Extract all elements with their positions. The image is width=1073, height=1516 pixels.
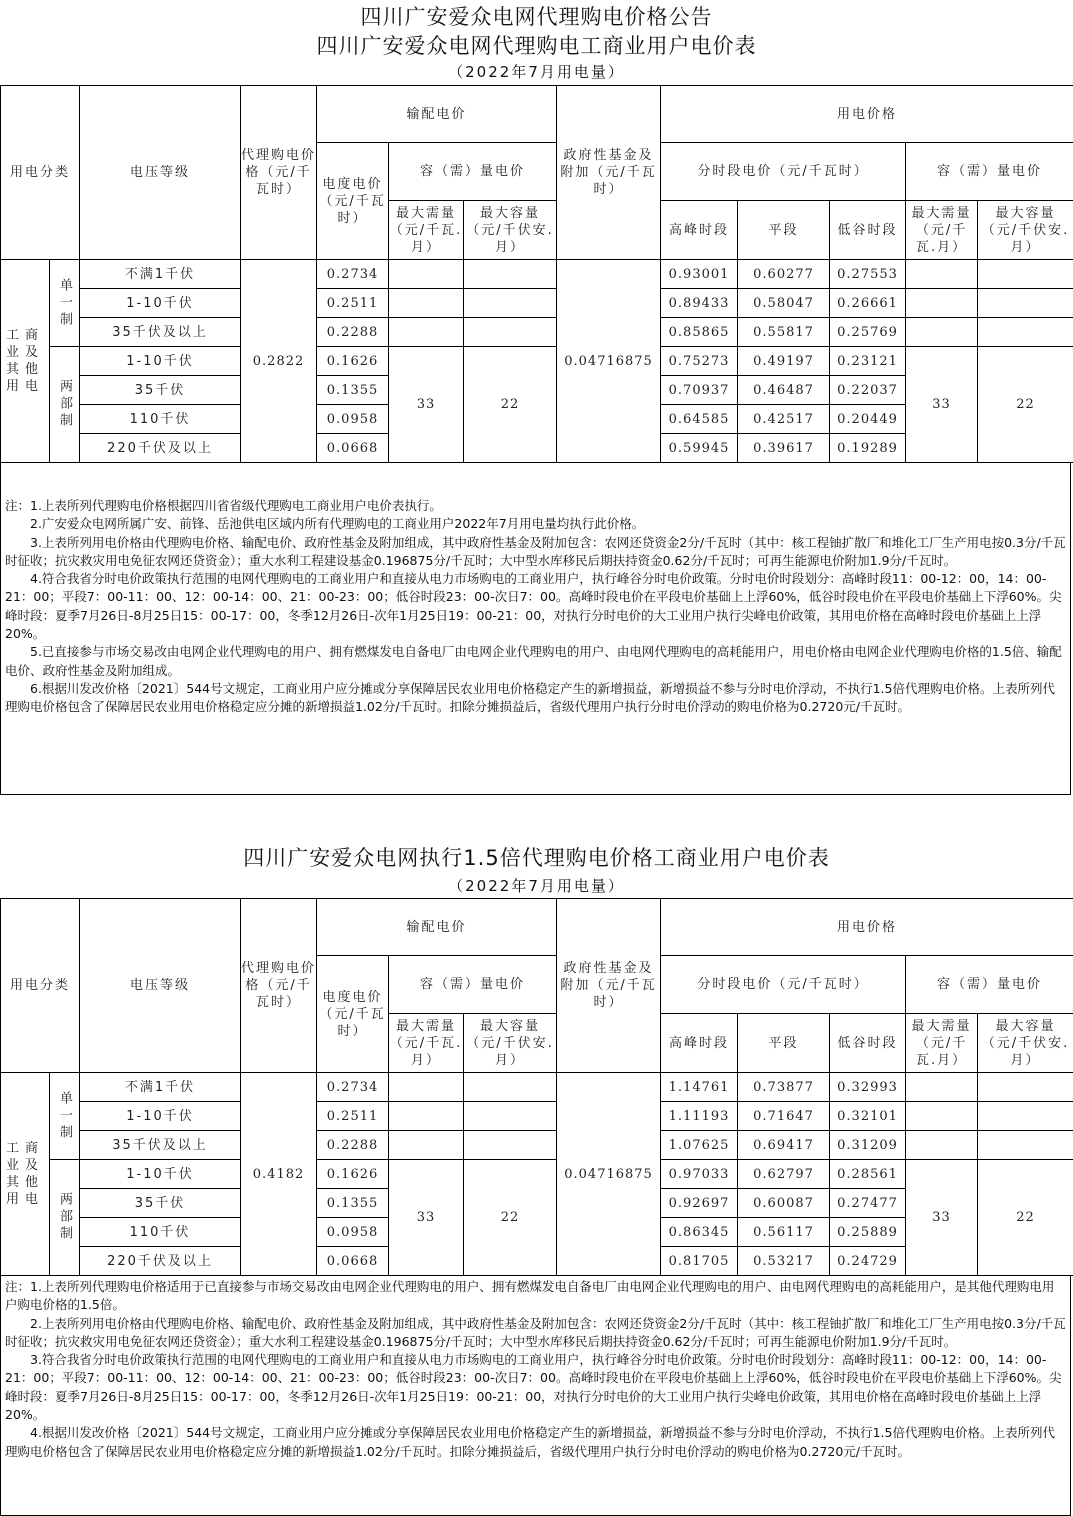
header-max-capacity-usage: 最大容量（元/千伏安.月） xyxy=(978,1014,1073,1073)
max-demand-cell xyxy=(389,318,464,347)
valley-cell: 0.25769 xyxy=(830,318,906,347)
flat-cell: 0.56117 xyxy=(738,1218,830,1247)
gov-fund-cell: 0.04716875 xyxy=(557,260,661,463)
valley-cell: 0.26661 xyxy=(830,289,906,318)
energy-cell: 0.2734 xyxy=(317,260,389,289)
voltage-cell: 35千伏 xyxy=(80,1189,241,1218)
header-max-demand: 最大需量（元/千瓦.月） xyxy=(389,1014,464,1073)
flat-cell: 0.46487 xyxy=(738,376,830,405)
table1-period: （2022年7月用电量） xyxy=(0,62,1073,82)
peak-cell: 0.89433 xyxy=(661,289,738,318)
usage-max-demand-cell xyxy=(906,1131,978,1160)
usage-max-capacity-cell: 22 xyxy=(978,347,1073,463)
voltage-cell: 1-10千伏 xyxy=(80,347,241,376)
usage-max-demand-cell xyxy=(906,260,978,289)
usage-max-demand-cell: 33 xyxy=(906,1160,978,1276)
peak-cell: 0.75273 xyxy=(661,347,738,376)
table-row: 35千伏及以上 0.2288 0.85865 0.55817 0.25769 xyxy=(1,318,1073,347)
voltage-cell: 35千伏 xyxy=(80,376,241,405)
flat-cell: 0.53217 xyxy=(738,1247,830,1276)
header-agency-price: 代理购电价格（元/千瓦时） xyxy=(241,899,317,1073)
max-demand-cell: 33 xyxy=(389,347,464,463)
header-valley: 低谷时段 xyxy=(830,201,906,260)
header-agency-price: 代理购电价格（元/千瓦时） xyxy=(241,86,317,260)
usage-max-capacity-cell xyxy=(978,260,1073,289)
flat-cell: 0.62797 xyxy=(738,1160,830,1189)
energy-cell: 0.1355 xyxy=(317,1189,389,1218)
header-category: 用电分类 xyxy=(1,86,80,260)
note-item: 4.根据川发改价格〔2021〕544号文规定，工商业用户应分摊或分享保障居民农业… xyxy=(5,1424,1066,1461)
valley-cell: 0.19289 xyxy=(830,434,906,463)
agency-price-cell: 0.4182 xyxy=(241,1073,317,1276)
header-tou-price: 分时段电价（元/千瓦时） xyxy=(661,143,906,201)
header-max-demand: 最大需量（元/千瓦.月） xyxy=(389,201,464,260)
peak-cell: 0.97033 xyxy=(661,1160,738,1189)
group-single: 单一制 xyxy=(50,260,80,347)
energy-cell: 0.1626 xyxy=(317,1160,389,1189)
header-max-capacity: 最大容量（元/千伏安.月） xyxy=(464,1014,557,1073)
max-capacity-cell xyxy=(464,1073,557,1102)
energy-cell: 0.2734 xyxy=(317,1073,389,1102)
note-item: 2.广安爱众电网所属广安、前锋、岳池供电区域内所有代理购电的工商业用户2022年… xyxy=(5,515,1066,533)
note-item: 注：1.上表所列代理购电价格根据四川省省级代理购电工商业用户电价表执行。 xyxy=(5,497,1066,515)
energy-cell: 0.0958 xyxy=(317,1218,389,1247)
peak-cell: 0.86345 xyxy=(661,1218,738,1247)
gov-fund-cell: 0.04716875 xyxy=(557,1073,661,1276)
header-max-capacity: 最大容量（元/千伏安.月） xyxy=(464,201,557,260)
note-item: 2.上表所列用电价格由代理购电价格、输配电价、政府性基金及附加组成，其中政府性基… xyxy=(5,1315,1066,1352)
max-demand-cell xyxy=(389,289,464,318)
voltage-cell: 35千伏及以上 xyxy=(80,1131,241,1160)
energy-cell: 0.0668 xyxy=(317,434,389,463)
peak-cell: 0.85865 xyxy=(661,318,738,347)
flat-cell: 0.73877 xyxy=(738,1073,830,1102)
max-capacity-cell xyxy=(464,1102,557,1131)
group-two-part: 两部制 xyxy=(50,1160,80,1276)
valley-cell: 0.32993 xyxy=(830,1073,906,1102)
header-tou-price: 分时段电价（元/千瓦时） xyxy=(661,956,906,1014)
valley-cell: 0.32101 xyxy=(830,1102,906,1131)
table-row: 1-10千伏 0.2511 1.11193 0.71647 0.32101 xyxy=(1,1102,1073,1131)
table-row: 工商业及其他用电 单一制 不满1千伏 0.4182 0.2734 0.04716… xyxy=(1,1073,1073,1102)
agency-price-cell: 0.2822 xyxy=(241,260,317,463)
valley-cell: 0.27553 xyxy=(830,260,906,289)
flat-cell: 0.71647 xyxy=(738,1102,830,1131)
peak-cell: 0.70937 xyxy=(661,376,738,405)
max-demand-cell xyxy=(389,1073,464,1102)
max-demand-cell xyxy=(389,1102,464,1131)
category-cell: 工商业及其他用电 xyxy=(1,1073,50,1276)
flat-cell: 0.60277 xyxy=(738,260,830,289)
voltage-cell: 不满1千伏 xyxy=(80,260,241,289)
header-peak: 高峰时段 xyxy=(661,201,738,260)
voltage-cell: 110千伏 xyxy=(80,1218,241,1247)
usage-max-capacity-cell xyxy=(978,1073,1073,1102)
group-single: 单一制 xyxy=(50,1073,80,1160)
voltage-cell: 不满1千伏 xyxy=(80,1073,241,1102)
usage-max-demand-cell xyxy=(906,1102,978,1131)
flat-cell: 0.60087 xyxy=(738,1189,830,1218)
voltage-cell: 220千伏及以上 xyxy=(80,1247,241,1276)
voltage-cell: 1-10千伏 xyxy=(80,1160,241,1189)
usage-max-demand-cell xyxy=(906,1073,978,1102)
header-gov-fund: 政府性基金及附加（元/千瓦时） xyxy=(557,86,661,260)
header-max-demand-usage: 最大需量（元/千瓦.月） xyxy=(906,201,978,260)
header-transmission: 输配电价 xyxy=(317,899,557,956)
note-item: 注：1.上表所列代理购电价格适用于已直接参与市场交易改由电网企业代理购电的用户、… xyxy=(5,1278,1066,1315)
table2-notes: 注：1.上表所列代理购电价格适用于已直接参与市场交易改由电网企业代理购电的用户、… xyxy=(0,1276,1071,1516)
valley-cell: 0.22037 xyxy=(830,376,906,405)
energy-cell: 0.2511 xyxy=(317,1102,389,1131)
table-row: 两部制 1-10千伏 0.1626 33 22 0.97033 0.62797 … xyxy=(1,1160,1073,1189)
energy-cell: 0.2288 xyxy=(317,1131,389,1160)
usage-max-demand-cell: 33 xyxy=(906,347,978,463)
energy-cell: 0.2511 xyxy=(317,289,389,318)
flat-cell: 0.42517 xyxy=(738,405,830,434)
header-capacity-price-usage: 容（需）量电价 xyxy=(906,143,1073,201)
valley-cell: 0.20449 xyxy=(830,405,906,434)
note-item: 3.符合我省分时电价政策执行范围的电网代理购电的工商业用户和直接从电力市场购电的… xyxy=(5,1351,1066,1424)
table-row: 两部制 1-10千伏 0.1626 33 22 0.75273 0.49197 … xyxy=(1,347,1073,376)
voltage-cell: 1-10千伏 xyxy=(80,1102,241,1131)
flat-cell: 0.49197 xyxy=(738,347,830,376)
peak-cell: 0.81705 xyxy=(661,1247,738,1276)
valley-cell: 0.25889 xyxy=(830,1218,906,1247)
table1-title: 四川广安爱众电网代理购电工商业用户电价表 xyxy=(0,33,1073,59)
header-usage-price: 用电价格 xyxy=(661,899,1073,956)
energy-cell: 0.1626 xyxy=(317,347,389,376)
header-capacity-price: 容（需）量电价 xyxy=(389,143,557,201)
table-row: 1-10千伏 0.2511 0.89433 0.58047 0.26661 xyxy=(1,289,1073,318)
table-row: 工商业及其他用电 单一制 不满1千伏 0.2822 0.2734 0.04716… xyxy=(1,260,1073,289)
flat-cell: 0.58047 xyxy=(738,289,830,318)
max-demand-cell: 33 xyxy=(389,1160,464,1276)
usage-max-capacity-cell xyxy=(978,289,1073,318)
header-max-demand-usage: 最大需量（元/千瓦.月） xyxy=(906,1014,978,1073)
peak-cell: 1.11193 xyxy=(661,1102,738,1131)
max-capacity-cell: 22 xyxy=(464,1160,557,1276)
valley-cell: 0.27477 xyxy=(830,1189,906,1218)
header-peak: 高峰时段 xyxy=(661,1014,738,1073)
header-energy-price: 电度电价（元/千瓦时） xyxy=(317,956,389,1073)
note-item: 4.符合我省分时电价政策执行范围的电网代理购电的工商业用户和直接从电力市场购电的… xyxy=(5,570,1066,643)
header-gov-fund: 政府性基金及附加（元/千瓦时） xyxy=(557,899,661,1073)
header-category: 用电分类 xyxy=(1,899,80,1073)
usage-max-capacity-cell xyxy=(978,318,1073,347)
max-capacity-cell xyxy=(464,318,557,347)
header-energy-price: 电度电价（元/千瓦时） xyxy=(317,143,389,260)
table2-title: 四川广安爱众电网执行1.5倍代理购电价格工商业用户电价表 xyxy=(0,845,1073,871)
energy-cell: 0.2288 xyxy=(317,318,389,347)
energy-cell: 0.0668 xyxy=(317,1247,389,1276)
header-capacity-price-usage: 容（需）量电价 xyxy=(906,956,1073,1014)
energy-cell: 0.0958 xyxy=(317,405,389,434)
flat-cell: 0.39617 xyxy=(738,434,830,463)
voltage-cell: 1-10千伏 xyxy=(80,289,241,318)
table2-period: （2022年7月用电量） xyxy=(0,876,1073,896)
usage-max-demand-cell xyxy=(906,318,978,347)
header-capacity-price: 容（需）量电价 xyxy=(389,956,557,1014)
max-demand-cell xyxy=(389,1131,464,1160)
header-flat: 平段 xyxy=(738,201,830,260)
price-table-standard: 用电分类 电压等级 代理购电价格（元/千瓦时） 输配电价 政府性基金及附加（元/… xyxy=(0,85,1073,463)
peak-cell: 1.07625 xyxy=(661,1131,738,1160)
energy-cell: 0.1355 xyxy=(317,376,389,405)
announcement-title: 四川广安爱众电网代理购电价格公告 xyxy=(0,4,1073,30)
header-flat: 平段 xyxy=(738,1014,830,1073)
note-item: 3.上表所列用电价格由代理购电价格、输配电价、政府性基金及附加组成，其中政府性基… xyxy=(5,534,1066,571)
price-table-1-5x: 用电分类 电压等级 代理购电价格（元/千瓦时） 输配电价 政府性基金及附加（元/… xyxy=(0,898,1073,1276)
header-transmission: 输配电价 xyxy=(317,86,557,143)
max-capacity-cell xyxy=(464,260,557,289)
header-voltage: 电压等级 xyxy=(80,899,241,1073)
flat-cell: 0.69417 xyxy=(738,1131,830,1160)
voltage-cell: 110千伏 xyxy=(80,405,241,434)
header-max-capacity-usage: 最大容量（元/千伏安.月） xyxy=(978,201,1073,260)
category-cell: 工商业及其他用电 xyxy=(1,260,50,463)
valley-cell: 0.31209 xyxy=(830,1131,906,1160)
usage-max-capacity-cell: 22 xyxy=(978,1160,1073,1276)
peak-cell: 0.93001 xyxy=(661,260,738,289)
max-capacity-cell xyxy=(464,1131,557,1160)
valley-cell: 0.23121 xyxy=(830,347,906,376)
flat-cell: 0.55817 xyxy=(738,318,830,347)
header-voltage: 电压等级 xyxy=(80,86,241,260)
header-valley: 低谷时段 xyxy=(830,1014,906,1073)
table1-notes: 注：1.上表所列代理购电价格根据四川省省级代理购电工商业用户电价表执行。 2.广… xyxy=(0,462,1071,795)
table-row: 35千伏及以上 0.2288 1.07625 0.69417 0.31209 xyxy=(1,1131,1073,1160)
group-two-part: 两部制 xyxy=(50,347,80,463)
usage-max-demand-cell xyxy=(906,289,978,318)
peak-cell: 0.64585 xyxy=(661,405,738,434)
valley-cell: 0.28561 xyxy=(830,1160,906,1189)
max-capacity-cell xyxy=(464,289,557,318)
max-capacity-cell: 22 xyxy=(464,347,557,463)
voltage-cell: 35千伏及以上 xyxy=(80,318,241,347)
valley-cell: 0.24729 xyxy=(830,1247,906,1276)
header-usage-price: 用电价格 xyxy=(661,86,1073,143)
peak-cell: 0.59945 xyxy=(661,434,738,463)
usage-max-capacity-cell xyxy=(978,1131,1073,1160)
usage-max-capacity-cell xyxy=(978,1102,1073,1131)
peak-cell: 0.92697 xyxy=(661,1189,738,1218)
note-item: 6.根据川发改价格〔2021〕544号文规定，工商业用户应分摊或分享保障居民农业… xyxy=(5,680,1066,717)
voltage-cell: 220千伏及以上 xyxy=(80,434,241,463)
max-demand-cell xyxy=(389,260,464,289)
peak-cell: 1.14761 xyxy=(661,1073,738,1102)
note-item: 5.已直接参与市场交易改由电网企业代理购电的用户、拥有燃煤发电自备电厂由电网企业… xyxy=(5,643,1066,680)
